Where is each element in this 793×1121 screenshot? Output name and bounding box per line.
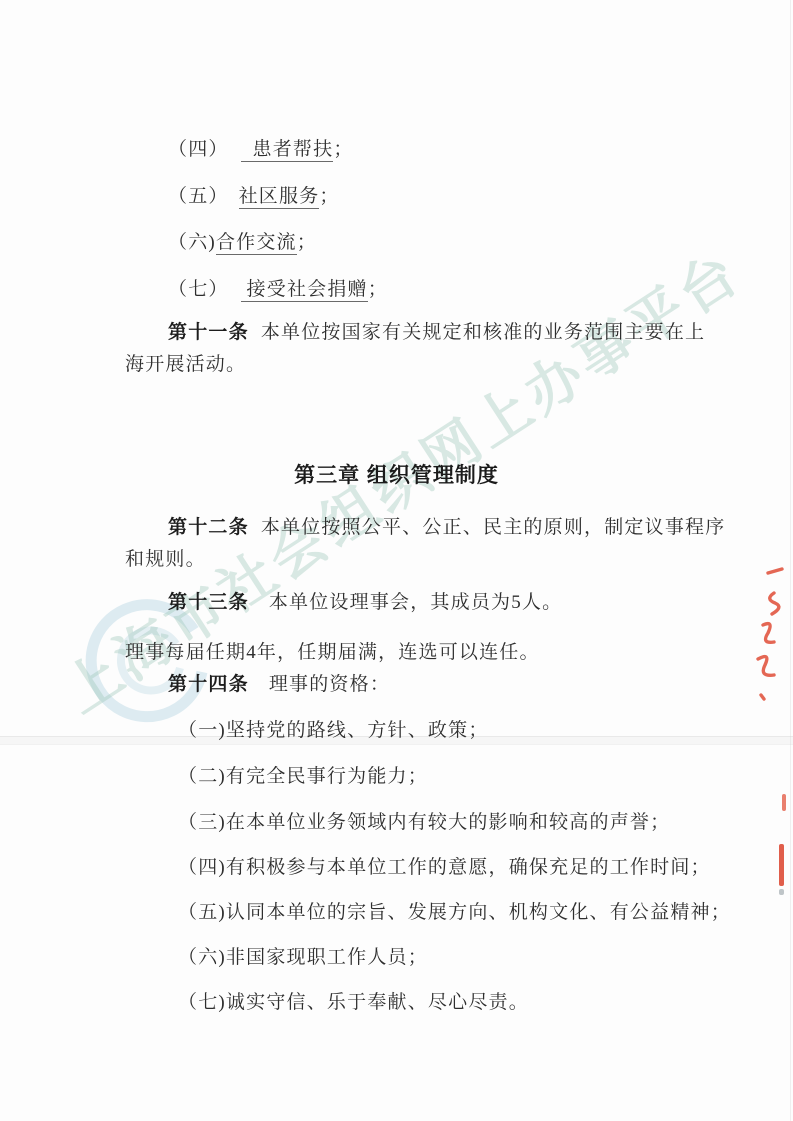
red-seal-fragment-icon	[746, 563, 788, 733]
scan-speck	[779, 889, 784, 895]
list-item-5: （五）社区服务；	[168, 185, 340, 209]
list-item-6: （六)合作交流；	[168, 231, 317, 255]
list-item-prefix: （七）	[168, 279, 229, 300]
list-item-suffix: ；	[297, 232, 317, 253]
article-13-label: 第十三条	[168, 592, 249, 613]
chapter-heading: 第三章 组织管理制度	[0, 464, 793, 488]
red-seal-fragment-icon	[782, 794, 786, 811]
article-11-line-1: 第十一条本单位按国家有关规定和核准的业务范围主要在上	[168, 321, 705, 345]
list-item-underlined-text: 合作交流	[216, 232, 297, 255]
article-12-text: 本单位按照公平、公正、民主的原则，制定议事程序	[261, 517, 726, 538]
qualification-item-1: （一)坚持党的路线、方针、政策；	[178, 719, 489, 743]
list-item-4: （四） 患者帮扶；	[168, 138, 354, 162]
list-item-prefix: （四）	[168, 139, 229, 160]
list-item-prefix: （五）	[168, 186, 229, 207]
qualification-item-7: （七)诚实守信、乐于奉献、尽心尽责。	[178, 991, 529, 1015]
article-11-label: 第十一条	[168, 322, 249, 343]
list-item-underlined-text: 患者帮扶	[241, 139, 334, 162]
list-item-7: （七） 接受社会捐赠；	[168, 278, 388, 302]
qualification-item-4: （四)有积极参与本单位工作的意愿，确保充足的工作时间；	[178, 856, 711, 880]
list-item-underlined-text: 社区服务	[239, 186, 320, 209]
qualification-item-5: （五)认同本单位的宗旨、发展方向、机构文化、有公益精神；	[178, 901, 731, 925]
article-11-text: 本单位按国家有关规定和核准的业务范围主要在上	[261, 322, 705, 343]
document-page: 上海市社会组织网上办事平台 （四） 患者帮扶； （五）社区服务； （六)合作交流…	[0, 0, 793, 1121]
article-14-label: 第十四条	[168, 674, 249, 695]
term-line: 理事每届任期4年，任期届满，连选可以连任。	[125, 641, 540, 665]
list-item-suffix: ；	[319, 186, 339, 207]
scan-edge-line	[790, 0, 791, 1121]
red-seal-fragment-icon	[779, 844, 784, 886]
list-item-underlined-text: 接受社会捐赠	[241, 279, 368, 302]
article-11-line-2: 海开展活动。	[125, 353, 246, 377]
article-13-text: 本单位设理事会，其成员为5人。	[269, 592, 563, 613]
qualification-item-3: （三)在本单位业务领域内有较大的影响和较高的声誉；	[178, 811, 670, 835]
qualification-item-2: （二)有完全民事行为能力；	[178, 765, 428, 789]
article-14-line: 第十四条理事的资格：	[168, 673, 390, 697]
article-12-label: 第十二条	[168, 517, 249, 538]
article-13-line: 第十三条本单位设理事会，其成员为5人。	[168, 591, 562, 615]
article-14-text: 理事的资格：	[269, 674, 390, 695]
article-12-line-2: 和规则。	[125, 548, 206, 572]
list-item-suffix: ；	[333, 139, 353, 160]
article-12-line-1: 第十二条本单位按照公平、公正、民主的原则，制定议事程序	[168, 516, 725, 540]
list-item-prefix: （六)	[168, 232, 216, 253]
qualification-item-6: （六)非国家现职工作人员；	[178, 946, 428, 970]
list-item-suffix: ；	[368, 279, 388, 300]
